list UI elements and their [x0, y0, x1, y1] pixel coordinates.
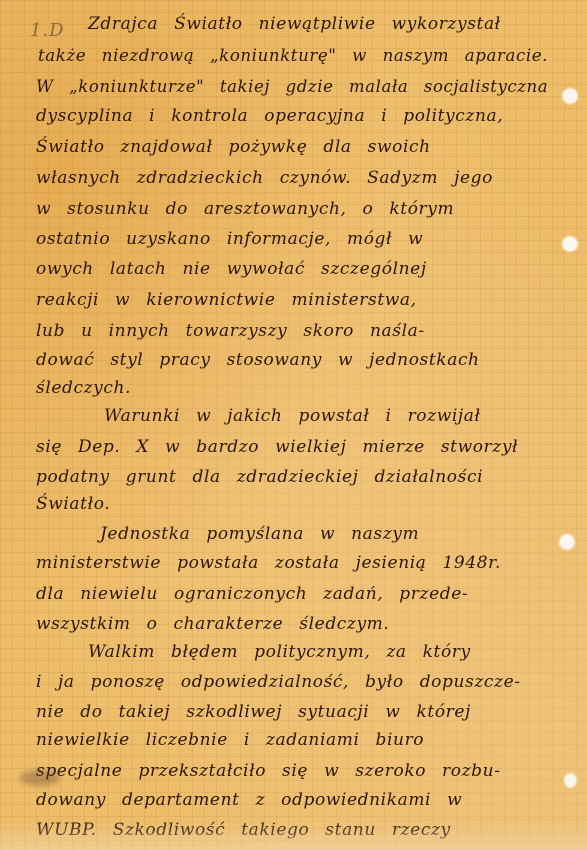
text-line: Światło znajdował pożywkę dla swoich: [36, 137, 431, 157]
handwritten-text-block: Zdrajca Światło niewątpliwie wykorzystał…: [0, 0, 587, 850]
text-line: Światło.: [36, 494, 110, 514]
text-line: ostatnio uzyskano informacje, mógł w: [36, 229, 423, 249]
text-line: dowany departament z odpowiednikami w: [36, 790, 462, 810]
text-line: śledczych.: [36, 378, 131, 398]
punch-hole: [563, 237, 577, 251]
text-line: i ja ponoszę odpowiedzialność, było dopu…: [36, 672, 521, 692]
text-line: specjalne przekształciło się w szeroko r…: [36, 761, 501, 781]
text-line: Walkim błędem politycznym, za który: [88, 642, 471, 662]
paper-edge: [0, 820, 587, 850]
text-line: dyscyplina i kontrola operacyjna i polit…: [36, 106, 503, 126]
text-line: niewielkie liczebnie i zadaniami biuro: [36, 730, 424, 750]
text-line: ministerstwie powstała została jesienią …: [36, 553, 501, 573]
text-line: W „koniunkturze" takiej gdzie malała soc…: [36, 77, 548, 97]
text-line: dla niewielu ograniczonych zadań, przede…: [36, 584, 468, 604]
handwritten-document-page: 1.D Zdrajca Światło niewątpliwie wykorzy…: [0, 0, 587, 850]
punch-hole: [563, 89, 577, 103]
text-line: podatny grunt dla zdradzieckiej działaln…: [36, 467, 483, 487]
text-line: także niezdrową „koniunkturę" w naszym a…: [38, 46, 548, 66]
punch-hole: [560, 535, 574, 549]
text-line: reakcji w kierownictwie ministerstwa,: [36, 290, 417, 310]
text-line: nie do takiej szkodliwej sytuacji w któr…: [36, 702, 471, 722]
text-line: własnych zdradzieckich czynów. Sadyzm je…: [36, 168, 493, 188]
text-line: owych latach nie wywołać szczególnej: [36, 259, 427, 279]
text-line: lub u innych towarzyszy skoro naśla-: [36, 321, 425, 341]
text-line: w stosunku do aresztowanych, o którym: [36, 199, 454, 219]
text-line: się Dep. X w bardzo wielkiej mierze stwo…: [36, 437, 518, 457]
text-line: Warunki w jakich powstał i rozwijał: [104, 406, 481, 426]
text-line: Zdrajca Światło niewątpliwie wykorzystał: [88, 14, 501, 34]
ink-smudge: [20, 770, 60, 786]
text-line: Jednostka pomyślana w naszym: [100, 524, 419, 544]
text-line: wszystkim o charakterze śledczym.: [36, 614, 389, 634]
text-line: dować styl pracy stosowany w jednostkach: [36, 350, 480, 370]
punch-hole: [565, 774, 576, 787]
